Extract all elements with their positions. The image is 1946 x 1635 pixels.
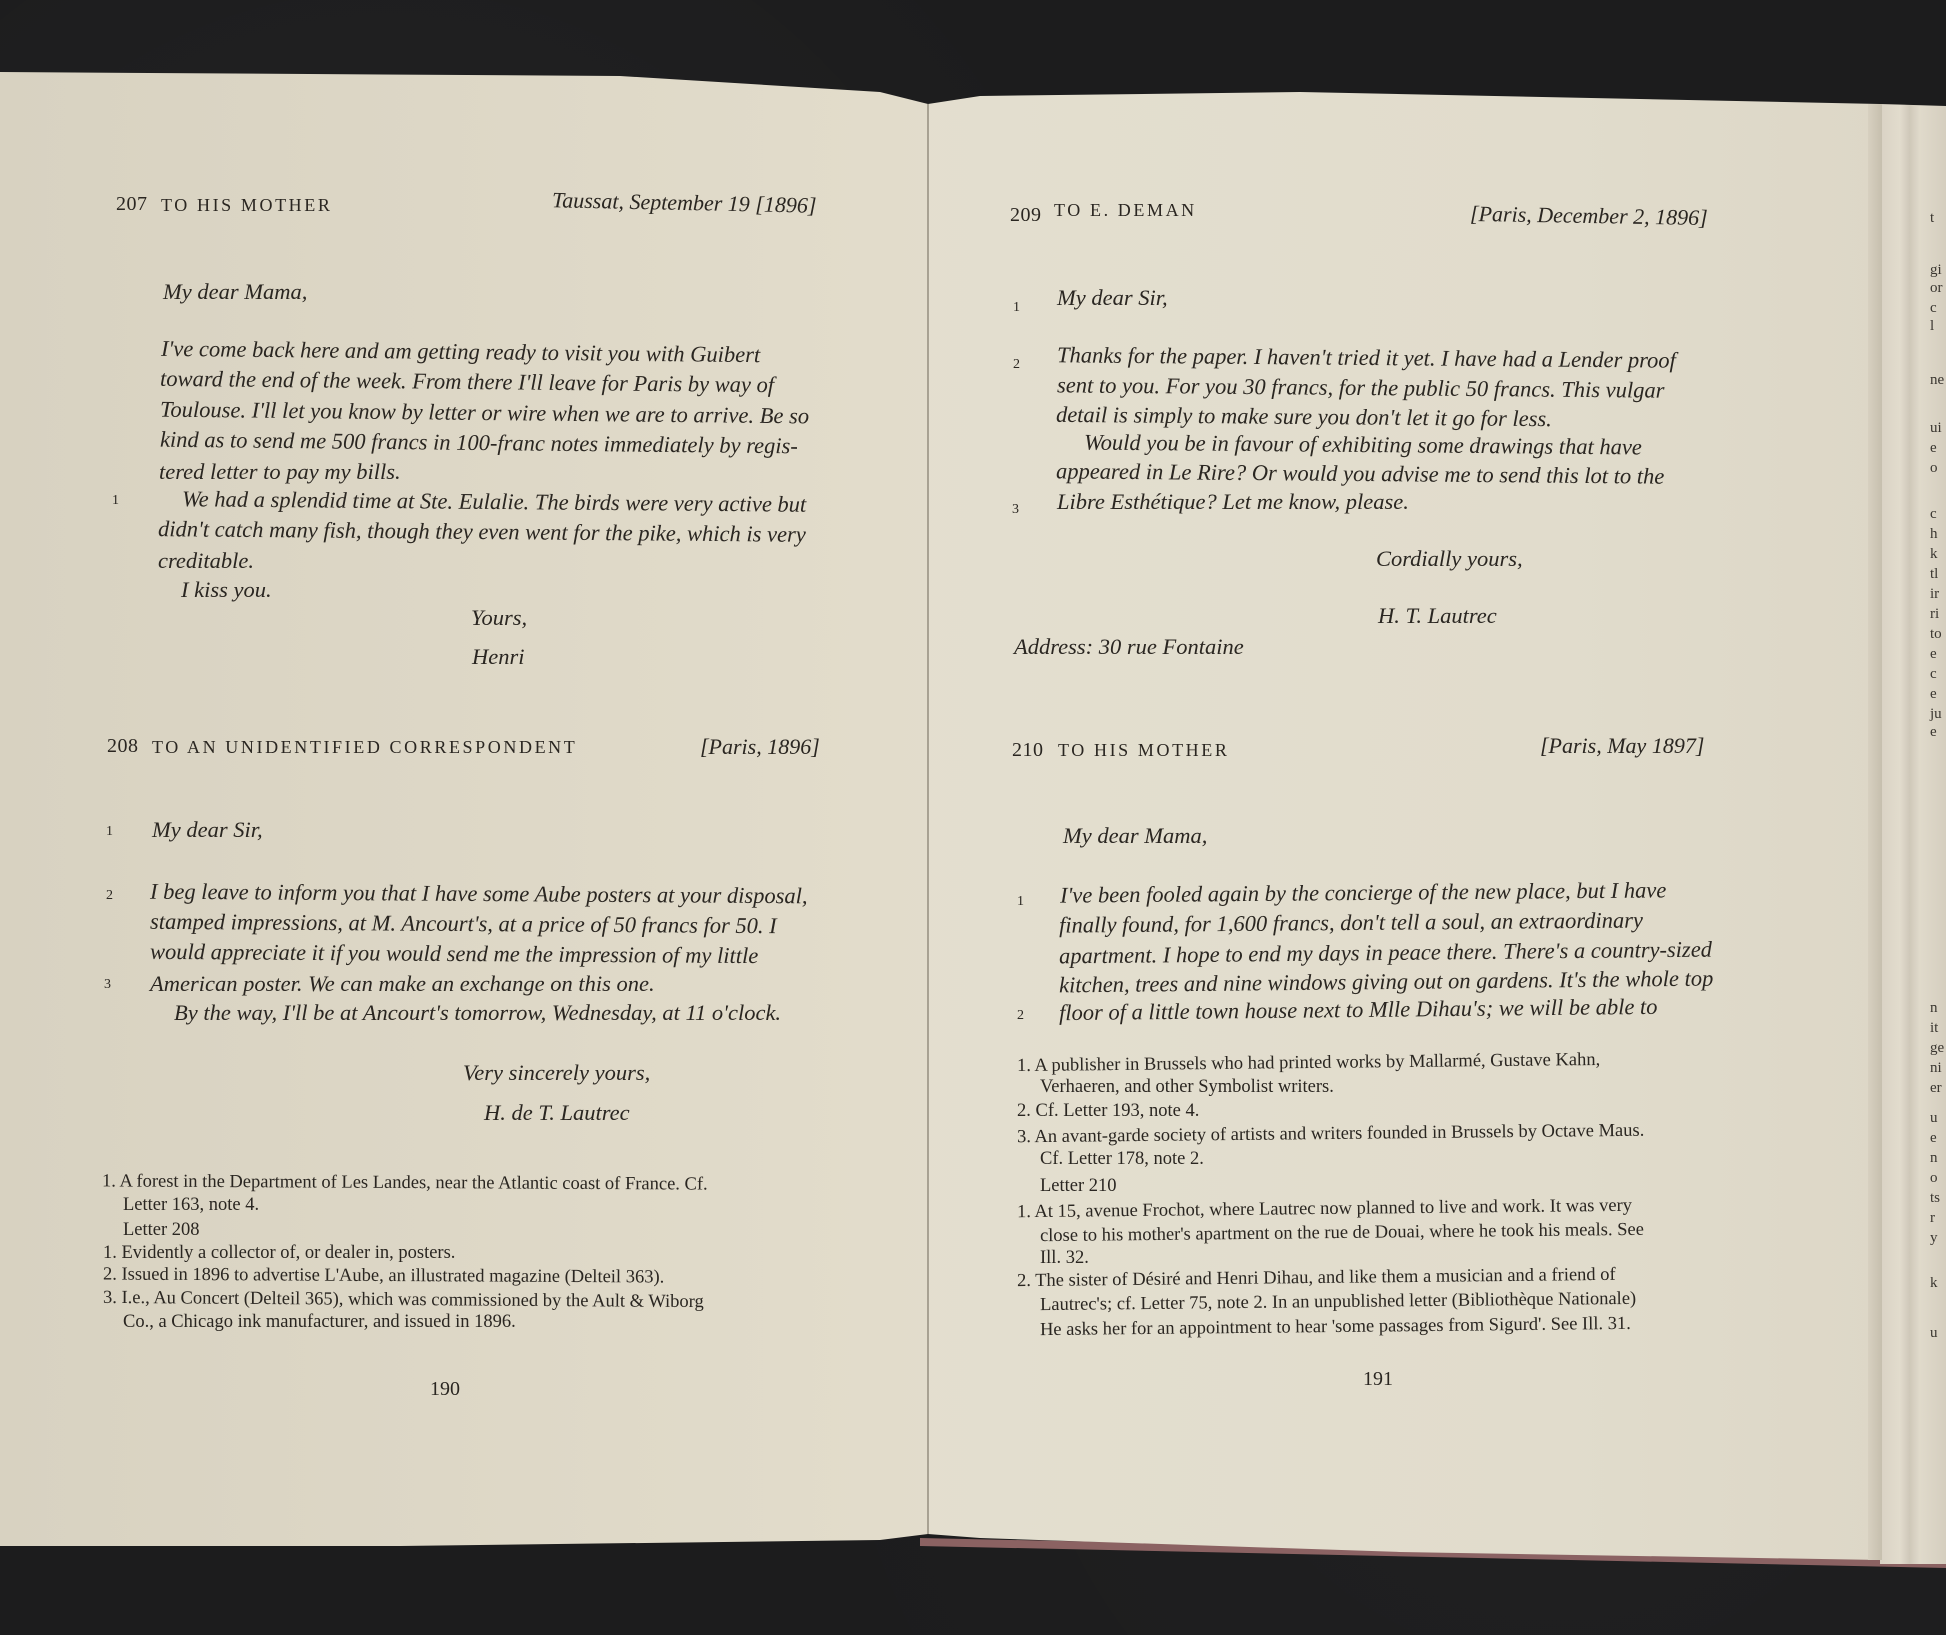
edge-glyph: e [1930,724,1937,741]
salutation: My dear Mama, [163,279,307,305]
margin-note-number: 2 [1017,1008,1024,1024]
edge-glyph: c [1930,300,1937,317]
edge-glyph: e [1930,646,1937,663]
edge-glyph: u [1930,1110,1938,1127]
edge-glyph: gi [1930,262,1942,279]
edge-glyph: e [1930,1130,1937,1147]
edge-glyph: l [1930,318,1934,335]
closing: Very sincerely yours, [463,1060,650,1086]
margin-note-number: 1 [1017,894,1024,910]
letter-number: 209 [1010,204,1042,227]
edge-glyph: ge [1930,1040,1944,1057]
body-line: sent to you. For you 30 francs, for the … [1057,372,1665,403]
letter-recipient: TO AN UNIDENTIFIED CORRESPONDENT [152,737,577,758]
footnote-line: 2. Cf. Letter 193, note 4. [1017,1101,1199,1122]
body-line: appeared in Le Rire? Or would you advise… [1056,458,1664,489]
edge-glyph: c [1930,506,1937,523]
body-line: American poster. We can make an exchange… [150,971,655,997]
footnote-line: 2. Issued in 1896 to advertise L'Aube, a… [103,1265,664,1289]
edge-glyph: y [1930,1230,1938,1247]
footnote-line: Co., a Chicago ink manufacturer, and iss… [123,1312,516,1333]
footnote-line: Verhaeren, and other Symbolist writers. [1040,1077,1334,1098]
letter-recipient: TO HIS MOTHER [1058,740,1229,761]
edge-glyph: or [1930,280,1943,297]
edge-glyph: u [1930,1325,1938,1342]
edge-glyph: e [1930,440,1937,457]
address-line: Address: 30 rue Fontaine [1014,634,1244,660]
page-number: 191 [1363,1368,1393,1391]
edge-glyph: ne [1930,372,1944,389]
salutation: My dear Mama, [1063,823,1207,849]
footnote-section-heading: Letter 210 [1040,1176,1117,1197]
closing: Yours, [471,605,527,631]
edge-glyph: c [1930,666,1937,683]
margin-note-number: 2 [106,888,113,904]
edge-glyph: er [1930,1080,1942,1097]
letter-date: [Paris, 1896] [700,734,820,760]
footnote-line: Ill. 32. [1040,1248,1089,1269]
letter-date: Taussat, September 19 [1896] [552,187,817,219]
body-line: We had a splendid time at Ste. Eulalie. … [182,486,806,517]
edge-glyph: e [1930,686,1937,703]
edge-glyph: r [1930,1210,1935,1227]
margin-note-number: 2 [1013,357,1020,373]
right-page-edge-shadow [1868,104,1882,1560]
edge-glyph: k [1930,1275,1938,1292]
body-line: finally found, for 1,600 francs, don't t… [1059,907,1643,938]
letter-date: [Paris, May 1897] [1540,733,1704,759]
edge-glyph: tl [1930,566,1938,583]
edge-glyph: to [1930,626,1942,643]
body-line: Libre Esthétique? Let me know, please. [1057,489,1409,515]
body-line: Would you be in favour of exhibiting som… [1084,430,1642,461]
edge-glyph: ri [1930,606,1939,623]
edge-glyph: ju [1930,706,1942,723]
footnote-section-heading: Letter 208 [123,1220,200,1241]
letter-number: 207 [116,193,148,216]
edge-glyph: it [1930,1020,1938,1037]
signature: H. de T. Lautrec [484,1100,630,1126]
body-line: By the way, I'll be at Ancourt's tomorro… [174,1000,781,1026]
edge-glyph: n [1930,1150,1938,1167]
letter-date: [Paris, December 2, 1896] [1470,201,1708,231]
margin-note-number: 1 [106,824,113,840]
signature: Henri [472,644,525,670]
salutation: My dear Sir, [152,817,263,843]
signature: H. T. Lautrec [1378,603,1497,629]
body-line: would appreciate it if you would send me… [150,939,758,969]
letter-number: 210 [1012,739,1044,762]
body-line: Thanks for the paper. I haven't tried it… [1057,342,1676,373]
letter-number: 208 [107,735,139,758]
margin-note-number: 3 [1012,502,1019,518]
edge-glyph: k [1930,546,1938,563]
edge-glyph: ts [1930,1190,1940,1207]
body-line: I beg leave to inform you that I have so… [150,879,808,910]
footnote-line: Letter 163, note 4. [123,1195,259,1216]
edge-glyph: ir [1930,586,1939,603]
edge-glyph: ui [1930,420,1942,437]
salutation: My dear Sir, [1057,285,1168,311]
book-gutter [927,104,929,1534]
letter-recipient: TO E. DEMAN [1054,200,1197,221]
margin-note-number: 1 [112,493,119,509]
edge-glyph: o [1930,1170,1938,1187]
closing: Cordially yours, [1376,546,1523,572]
body-line: stamped impressions, at M. Ancourt's, at… [150,909,777,939]
edge-glyph: n [1930,1000,1938,1017]
edge-glyph: h [1930,526,1938,543]
footnote-line: Cf. Letter 178, note 2. [1040,1149,1204,1170]
next-page-stack [1880,104,1946,1564]
letter-recipient: TO HIS MOTHER [161,195,332,216]
page-number: 190 [430,1378,460,1401]
footnote-line: 1. A forest in the Department of Les Lan… [102,1171,708,1195]
footnote-line: 3. I.e., Au Concert (Delteil 365), which… [103,1288,704,1313]
body-line: I've been fooled again by the concierge … [1060,877,1666,908]
body-line: I kiss you. [181,577,272,603]
edge-glyph: ni [1930,1060,1942,1077]
edge-glyph: o [1930,460,1938,477]
body-line: tered letter to pay my bills. [159,459,401,485]
body-line: creditable. [158,548,254,574]
margin-note-number: 1 [1013,300,1020,316]
body-line: detail is simply to make sure you don't … [1056,402,1552,432]
footnote-line: 1. Evidently a collector of, or dealer i… [103,1243,455,1264]
edge-glyph: t [1930,210,1934,227]
margin-note-number: 3 [104,977,111,993]
